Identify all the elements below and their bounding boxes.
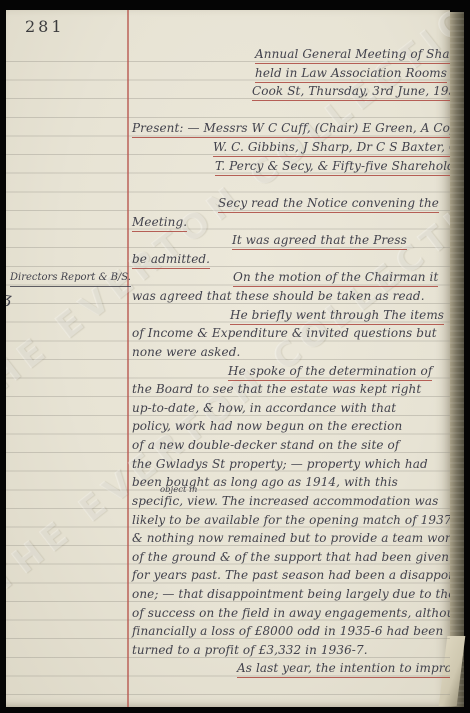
manuscript-line: of the ground & of the support that had … xyxy=(132,550,449,565)
manuscript-line: Cook St, Thursday, 3rd June, 1937. xyxy=(252,84,450,101)
manuscript-line: specific, view. The increased accommodat… xyxy=(132,494,438,509)
manuscript-line: W. C. Gibbins, J Sharp, Dr C S Baxter, G… xyxy=(213,140,450,157)
manuscript-line: Meeting. xyxy=(132,215,187,232)
manuscript-line: Secy read the Notice convening the xyxy=(218,196,439,213)
manuscript-line: be admitted. xyxy=(132,252,210,269)
manuscript-line: likely to be available for the opening m… xyxy=(132,513,450,528)
book-page-edges xyxy=(450,12,464,707)
manuscript-line: held in Law Association Rooms xyxy=(255,66,447,83)
manuscript-line: financially a loss of £8000 odd in 1935-… xyxy=(132,624,443,639)
manuscript-line: Present: — Messrs W C Cuff, (Chair) E Gr… xyxy=(132,121,450,138)
manuscript-line: one; — that disappointment being largely… xyxy=(132,587,450,602)
manuscript-line: policy, work had now begun on the erecti… xyxy=(132,419,402,434)
margin-note: Directors Report & B/S. xyxy=(10,270,131,287)
manuscript-line: He spoke of the determination of xyxy=(228,364,432,381)
manuscript-line: for years past. The past season had been… xyxy=(132,568,450,583)
manuscript-line: none were asked. xyxy=(132,345,240,360)
scanned-minute-book-page: THE EVERTON COLLECTION © THE EVERTON COL… xyxy=(0,0,470,713)
page-content: THE EVERTON COLLECTION © THE EVERTON COL… xyxy=(6,10,450,707)
manuscript-line: & nothing now remained but to provide a … xyxy=(132,531,450,546)
manuscript-line: the Board to see that the estate was kep… xyxy=(132,382,421,397)
manuscript-line: As last year, the intention to improve xyxy=(237,661,450,678)
manuscript-line: of Income & Expenditure & invited questi… xyxy=(132,326,437,341)
manuscript-line: On the motion of the Chairman it xyxy=(233,270,438,287)
manuscript-line: of success on the field in away engageme… xyxy=(132,606,450,621)
manuscript-line: turned to a profit of £3,332 in 1936-7. xyxy=(132,643,368,658)
manuscript-line: was agreed that these should be taken as… xyxy=(132,289,425,304)
manuscript-line: up-to-date, & how, in accordance with th… xyxy=(132,401,396,416)
manuscript-line: T. Percy & Secy, & Fifty-five Shareholde… xyxy=(215,159,450,176)
manuscript-line: Annual General Meeting of Shareholders xyxy=(255,47,450,64)
page-number: 281 xyxy=(25,17,65,36)
manuscript-line: It was agreed that the Press xyxy=(232,233,407,250)
manuscript-line: of a new double-decker stand on the site… xyxy=(132,438,399,453)
red-margin-rule xyxy=(127,10,129,707)
manuscript-line: He briefly went through The items xyxy=(230,308,444,325)
manuscript-line: the Gwladys St property; — property whic… xyxy=(132,457,428,472)
